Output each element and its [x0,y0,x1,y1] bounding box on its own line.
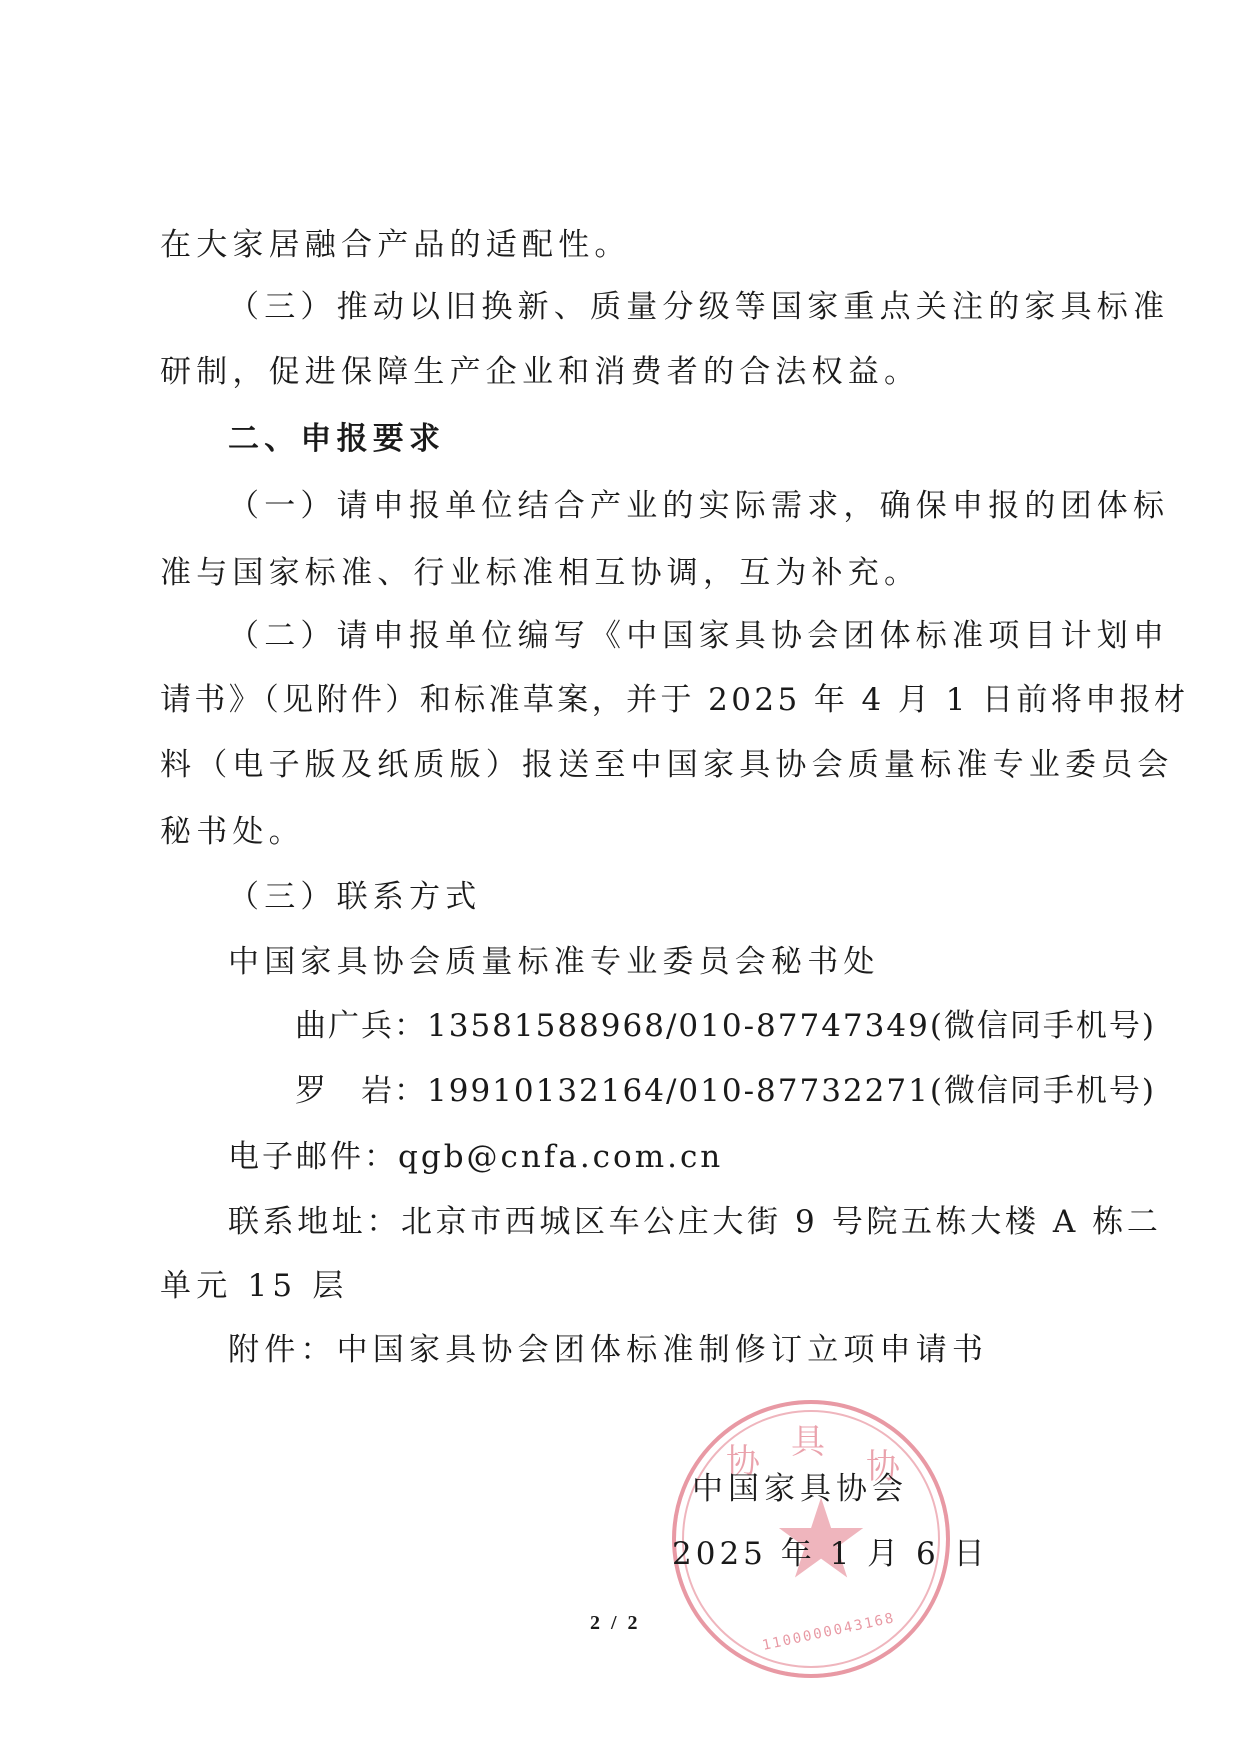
paragraph-line: 在大家居融合产品的适配性。 [160,225,631,265]
paragraph-line: 秘书处。 [160,812,305,852]
seal-char: 具 [791,1414,825,1463]
contact-name: 罗 岩： [295,1073,427,1109]
paragraph-line: （三）推动以旧换新、质量分级等国家重点关注的家具标准 [228,287,1169,327]
page-number: 2 / 2 [590,1612,641,1635]
address-line-cont: 单元 15 层 [160,1266,349,1306]
email-line: 电子邮件：qgb@cnfa.com.cn [228,1137,723,1177]
attachment-line: 附件：中国家具协会团体标准制修订立项申请书 [228,1330,988,1370]
paragraph-line: 料（电子版及纸质版）报送至中国家具协会质量标准专业委员会 [160,745,1174,785]
section-heading: 二、申报要求 [228,419,445,459]
paragraph-line: 准与国家标准、行业标准相互协调，互为补充。 [160,553,920,593]
contact-person-2: 罗 岩：19910132164/010-87732271(微信同手机号) [295,1071,1156,1111]
paragraph-line: 请书》（见附件）和标准草案，并于 2025 年 4 月 1 日前将申报材 [160,680,1188,720]
signature-org: 中国家具协会 [692,1463,908,1508]
contact-phone: 13581588968/010-87747349(微信同手机号) [427,1008,1156,1044]
paragraph-line: （一）请申报单位结合产业的实际需求，确保申报的团体标 [228,486,1169,526]
paragraph-line: （二）请申报单位编写《中国家具协会团体标准项目计划申 [228,616,1169,656]
contact-phone: 19910132164/010-87732271(微信同手机号) [427,1073,1156,1109]
contact-org: 中国家具协会质量标准专业委员会秘书处 [228,942,880,982]
address-line: 联系地址：北京市西城区车公庄大街 9 号院五栋大楼 A 栋二 [228,1202,1162,1242]
signature-date: 2025 年 1 月 6 日 [672,1528,989,1573]
subsection-heading: （三）联系方式 [228,877,481,917]
seal-number: 1100000043168 [761,1610,897,1654]
paragraph-line: 研制，促进保障生产企业和消费者的合法权益。 [160,352,920,392]
contact-name: 曲广兵： [295,1008,427,1044]
contact-person-1: 曲广兵：13581588968/010-87747349(微信同手机号) [295,1006,1156,1046]
